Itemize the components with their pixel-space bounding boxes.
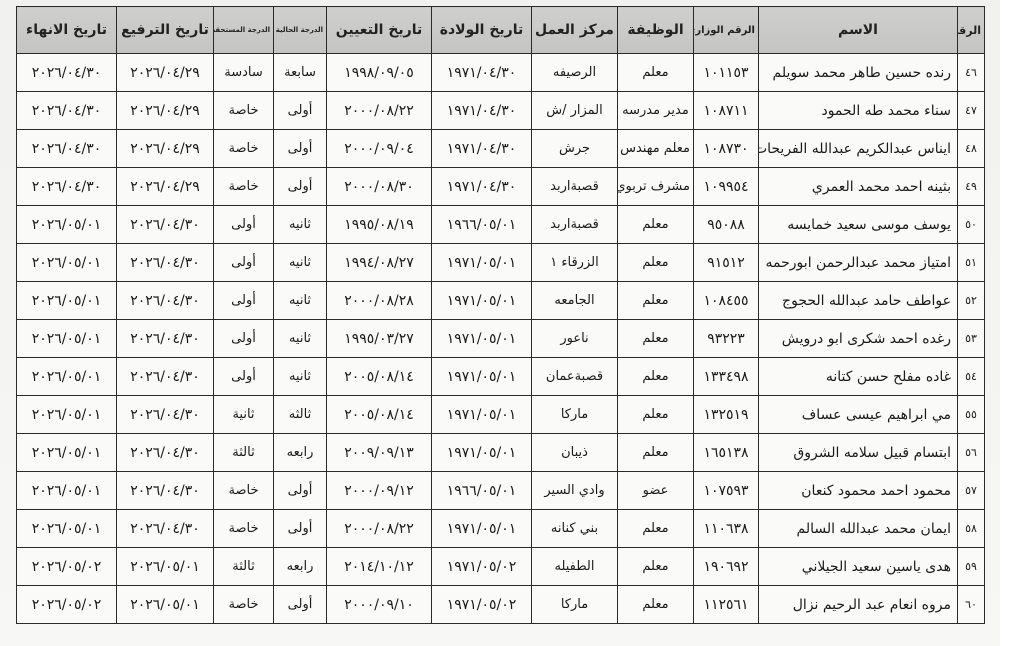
cell-name: امتياز محمد عبدالرحمن ابورحمه (759, 244, 958, 282)
col-header-promotion-date: تاريخ الترفيع (117, 7, 214, 54)
cell-job: معلم (618, 358, 694, 396)
cell-current-grade: ثانيه (274, 282, 327, 320)
cell-current-grade: ثانيه (274, 206, 327, 244)
cell-job: معلم (618, 244, 694, 282)
cell-appointment-date: ١٩٩٥/٠٣/٢٧ (327, 320, 432, 358)
cell-earned-grade: ثالثة (214, 434, 274, 472)
cell-appointment-date: ١٩٩٨/٠٩/٠٥ (327, 54, 432, 92)
cell-earned-grade: ثالثة (214, 548, 274, 586)
table-row: ٥٨ ايمان محمد عبدالله السالم ١١٠٦٣٨ معلم… (17, 510, 985, 548)
table-row: ٥١ امتياز محمد عبدالرحمن ابورحمه ٩١٥١٢ م… (17, 244, 985, 282)
table-row: ٦٠ مروه انعام عبد الرحيم نزال ١١٢٥٦١ معل… (17, 586, 985, 624)
cell-job: معلم (618, 396, 694, 434)
cell-appointment-date: ٢٠٠٠/٠٨/٢٢ (327, 510, 432, 548)
cell-end-date: ٢٠٢٦/٠٤/٣٠ (17, 54, 117, 92)
col-header-work-center: مركز العمل (532, 7, 618, 54)
cell-work-center: الجامعه (532, 282, 618, 320)
table-row: ٥٢ عواطف حامد عبدالله الحجوج ١٠٨٤٥٥ معلم… (17, 282, 985, 320)
cell-earned-grade: سادسة (214, 54, 274, 92)
cell-appointment-date: ٢٠٠٠/٠٩/١٢ (327, 472, 432, 510)
table-row: ٥٣ رغده احمد شكرى ابو درويش ٩٣٢٢٣ معلم ن… (17, 320, 985, 358)
col-header-ministry-id: الرقم الوزاري (694, 7, 759, 54)
cell-current-grade: أولى (274, 168, 327, 206)
header-row: الرقم الاسم الرقم الوزاري الوظيفة مركز ا… (17, 7, 985, 54)
cell-birth-date: ١٩٧١/٠٥/٠١ (432, 282, 532, 320)
table-row: ٥٩ هدى ياسين سعيد الجيلاني ١٩٠٦٩٢ معلم ا… (17, 548, 985, 586)
cell-job: معلم (618, 320, 694, 358)
cell-job: مشرف تربوي (618, 168, 694, 206)
cell-earned-grade: أولى (214, 206, 274, 244)
cell-name: هدى ياسين سعيد الجيلاني (759, 548, 958, 586)
cell-current-grade: رابعه (274, 434, 327, 472)
table-body: ٤٦ رنده حسين طاهر محمد سويلم ١٠١١٥٣ معلم… (17, 54, 985, 624)
cell-appointment-date: ٢٠٠٠/٠٨/٢٨ (327, 282, 432, 320)
cell-promotion-date: ٢٠٢٦/٠٥/٠١ (117, 586, 214, 624)
cell-earned-grade: خاصة (214, 472, 274, 510)
cell-ministry-id: ١٠٨٧٣٠ (694, 130, 759, 168)
col-header-index: الرقم (958, 7, 985, 54)
cell-index: ٥٠ (958, 206, 985, 244)
cell-work-center: الزرقاء ١ (532, 244, 618, 282)
cell-birth-date: ١٩٦٦/٠٥/٠١ (432, 472, 532, 510)
cell-current-grade: أولى (274, 586, 327, 624)
table-row: ٥٥ مي ابراهيم عيسى عساف ١٣٢٥١٩ معلم مارك… (17, 396, 985, 434)
col-header-appointment-date: تاريخ التعيين (327, 7, 432, 54)
cell-earned-grade: أولى (214, 282, 274, 320)
cell-current-grade: ثالثه (274, 396, 327, 434)
cell-end-date: ٢٠٢٦/٠٥/٠١ (17, 244, 117, 282)
cell-work-center: ماركا (532, 396, 618, 434)
cell-index: ٤٦ (958, 54, 985, 92)
cell-name: ايناس عبدالكريم عبدالله الفريحات (759, 130, 958, 168)
cell-ministry-id: ١٠١١٥٣ (694, 54, 759, 92)
cell-work-center: وادي السير (532, 472, 618, 510)
cell-job: معلم (618, 206, 694, 244)
cell-work-center: الرصيفه (532, 54, 618, 92)
cell-end-date: ٢٠٢٦/٠٥/٠١ (17, 396, 117, 434)
cell-appointment-date: ٢٠١٤/١٠/١٢ (327, 548, 432, 586)
cell-current-grade: أولى (274, 92, 327, 130)
cell-appointment-date: ٢٠٠٩/٠٩/١٣ (327, 434, 432, 472)
cell-ministry-id: ٩٣٢٢٣ (694, 320, 759, 358)
cell-end-date: ٢٠٢٦/٠٥/٠٢ (17, 548, 117, 586)
cell-end-date: ٢٠٢٦/٠٥/٠١ (17, 206, 117, 244)
cell-index: ٥٩ (958, 548, 985, 586)
cell-name: ايمان محمد عبدالله السالم (759, 510, 958, 548)
cell-earned-grade: أولى (214, 244, 274, 282)
cell-promotion-date: ٢٠٢٦/٠٤/٣٠ (117, 472, 214, 510)
cell-ministry-id: ١٣٢٥١٩ (694, 396, 759, 434)
cell-birth-date: ١٩٧١/٠٥/٠١ (432, 320, 532, 358)
cell-promotion-date: ٢٠٢٦/٠٤/٢٩ (117, 92, 214, 130)
cell-appointment-date: ٢٠٠٠/٠٨/٣٠ (327, 168, 432, 206)
table-row: ٤٦ رنده حسين طاهر محمد سويلم ١٠١١٥٣ معلم… (17, 54, 985, 92)
cell-birth-date: ١٩٧١/٠٤/٣٠ (432, 92, 532, 130)
table-header: الرقم الاسم الرقم الوزاري الوظيفة مركز ا… (17, 7, 985, 54)
cell-index: ٥٦ (958, 434, 985, 472)
cell-ministry-id: ١٠٩٩٥٤ (694, 168, 759, 206)
table-row: ٥٦ ابتسام قبيل سلامه الشروق ١٦٥١٣٨ معلم … (17, 434, 985, 472)
cell-earned-grade: خاصة (214, 510, 274, 548)
cell-name: مروه انعام عبد الرحيم نزال (759, 586, 958, 624)
cell-work-center: ناعور (532, 320, 618, 358)
cell-end-date: ٢٠٢٦/٠٥/٠١ (17, 472, 117, 510)
cell-current-grade: ثانيه (274, 244, 327, 282)
cell-end-date: ٢٠٢٦/٠٥/٠١ (17, 434, 117, 472)
cell-name: سناء محمد طه الحمود (759, 92, 958, 130)
cell-name: رنده حسين طاهر محمد سويلم (759, 54, 958, 92)
cell-appointment-date: ٢٠٠٠/٠٨/٢٢ (327, 92, 432, 130)
cell-name: يوسف موسى سعيد خمايسه (759, 206, 958, 244)
cell-earned-grade: أولى (214, 320, 274, 358)
cell-work-center: جرش (532, 130, 618, 168)
cell-promotion-date: ٢٠٢٦/٠٤/٣٠ (117, 358, 214, 396)
cell-promotion-date: ٢٠٢٦/٠٤/٣٠ (117, 510, 214, 548)
cell-index: ٤٧ (958, 92, 985, 130)
cell-promotion-date: ٢٠٢٦/٠٤/٣٠ (117, 396, 214, 434)
cell-birth-date: ١٩٧١/٠٥/٠١ (432, 244, 532, 282)
cell-job: معلم (618, 434, 694, 472)
table-row: ٤٨ ايناس عبدالكريم عبدالله الفريحات ١٠٨٧… (17, 130, 985, 168)
cell-appointment-date: ١٩٩٥/٠٨/١٩ (327, 206, 432, 244)
cell-name: غاده مفلح حسن كتانه (759, 358, 958, 396)
cell-birth-date: ١٩٧١/٠٥/٠٢ (432, 586, 532, 624)
cell-index: ٤٨ (958, 130, 985, 168)
cell-index: ٥٤ (958, 358, 985, 396)
cell-current-grade: ثانيه (274, 358, 327, 396)
cell-index: ٤٩ (958, 168, 985, 206)
cell-name: محمود احمد محمود كنعان (759, 472, 958, 510)
cell-name: ابتسام قبيل سلامه الشروق (759, 434, 958, 472)
cell-end-date: ٢٠٢٦/٠٥/٠٢ (17, 586, 117, 624)
cell-birth-date: ١٩٧١/٠٤/٣٠ (432, 130, 532, 168)
table-row: ٤٧ سناء محمد طه الحمود ١٠٨٧١١ مدير مدرسه… (17, 92, 985, 130)
cell-promotion-date: ٢٠٢٦/٠٥/٠١ (117, 548, 214, 586)
cell-birth-date: ١٩٧١/٠٤/٣٠ (432, 54, 532, 92)
cell-current-grade: رابعه (274, 548, 327, 586)
cell-index: ٥٧ (958, 472, 985, 510)
cell-ministry-id: ٩١٥١٢ (694, 244, 759, 282)
employee-roster-table: الرقم الاسم الرقم الوزاري الوظيفة مركز ا… (16, 6, 985, 624)
cell-current-grade: سابعة (274, 54, 327, 92)
cell-ministry-id: ١٦٥١٣٨ (694, 434, 759, 472)
cell-appointment-date: ٢٠٠٠/٠٩/١٠ (327, 586, 432, 624)
col-header-birth-date: تاريخ الولادة (432, 7, 532, 54)
cell-ministry-id: ١١٢٥٦١ (694, 586, 759, 624)
col-header-end-date: تاريخ الانهاء (17, 7, 117, 54)
cell-ministry-id: ٩٥٠٨٨ (694, 206, 759, 244)
cell-end-date: ٢٠٢٦/٠٤/٣٠ (17, 92, 117, 130)
table-row: ٤٩ بثينه احمد محمد العمري ١٠٩٩٥٤ مشرف تر… (17, 168, 985, 206)
cell-earned-grade: ثانية (214, 396, 274, 434)
cell-end-date: ٢٠٢٦/٠٤/٣٠ (17, 130, 117, 168)
col-header-job: الوظيفة (618, 7, 694, 54)
cell-index: ٦٠ (958, 586, 985, 624)
cell-work-center: قصبةعمان (532, 358, 618, 396)
cell-birth-date: ١٩٧١/٠٤/٣٠ (432, 168, 532, 206)
cell-current-grade: أولى (274, 510, 327, 548)
table-row: ٥٤ غاده مفلح حسن كتانه ١٣٣٤٩٨ معلم قصبةع… (17, 358, 985, 396)
cell-birth-date: ١٩٧١/٠٥/٠١ (432, 358, 532, 396)
cell-name: بثينه احمد محمد العمري (759, 168, 958, 206)
cell-earned-grade: خاصة (214, 168, 274, 206)
cell-end-date: ٢٠٢٦/٠٥/٠١ (17, 510, 117, 548)
cell-job: معلم (618, 54, 694, 92)
cell-promotion-date: ٢٠٢٦/٠٤/٢٩ (117, 168, 214, 206)
cell-job: معلم (618, 282, 694, 320)
cell-work-center: الطفيله (532, 548, 618, 586)
cell-name: عواطف حامد عبدالله الحجوج (759, 282, 958, 320)
cell-job: معلم (618, 548, 694, 586)
cell-earned-grade: أولى (214, 358, 274, 396)
cell-job: مدير مدرسه (618, 92, 694, 130)
cell-current-grade: أولى (274, 130, 327, 168)
col-header-current-grade: الدرجة الحالية (274, 7, 327, 54)
cell-birth-date: ١٩٧١/٠٥/٠٢ (432, 548, 532, 586)
cell-index: ٥٢ (958, 282, 985, 320)
cell-index: ٥١ (958, 244, 985, 282)
cell-current-grade: ثانيه (274, 320, 327, 358)
cell-birth-date: ١٩٦٦/٠٥/٠١ (432, 206, 532, 244)
cell-earned-grade: خاصة (214, 92, 274, 130)
cell-work-center: بني كنانه (532, 510, 618, 548)
cell-work-center: قصبةاربد (532, 206, 618, 244)
cell-ministry-id: ١٠٨٤٥٥ (694, 282, 759, 320)
cell-earned-grade: خاصة (214, 586, 274, 624)
cell-index: ٥٥ (958, 396, 985, 434)
cell-birth-date: ١٩٧١/٠٥/٠١ (432, 396, 532, 434)
scanned-document-page: الرقم الاسم الرقم الوزاري الوظيفة مركز ا… (0, 0, 1024, 646)
cell-appointment-date: ٢٠٠٥/٠٨/١٤ (327, 358, 432, 396)
cell-ministry-id: ١١٠٦٣٨ (694, 510, 759, 548)
cell-job: معلم (618, 586, 694, 624)
cell-name: رغده احمد شكرى ابو درويش (759, 320, 958, 358)
cell-promotion-date: ٢٠٢٦/٠٤/٣٠ (117, 244, 214, 282)
cell-appointment-date: ١٩٩٤/٠٨/٢٧ (327, 244, 432, 282)
cell-job: معلم (618, 510, 694, 548)
cell-work-center: ذيبان (532, 434, 618, 472)
cell-end-date: ٢٠٢٦/٠٥/٠١ (17, 358, 117, 396)
table-row: ٥٧ محمود احمد محمود كنعان ١٠٧٥٩٣ عضو واد… (17, 472, 985, 510)
cell-promotion-date: ٢٠٢٦/٠٤/٣٠ (117, 434, 214, 472)
cell-end-date: ٢٠٢٦/٠٥/٠١ (17, 320, 117, 358)
cell-appointment-date: ٢٠٠٥/٠٨/١٤ (327, 396, 432, 434)
cell-job: عضو (618, 472, 694, 510)
page-margin (1000, 0, 1024, 646)
cell-appointment-date: ٢٠٠٠/٠٩/٠٤ (327, 130, 432, 168)
cell-promotion-date: ٢٠٢٦/٠٤/٣٠ (117, 282, 214, 320)
cell-current-grade: أولى (274, 472, 327, 510)
col-header-earned-grade: الدرجة المستحقة (214, 7, 274, 54)
cell-work-center: المزار /ش (532, 92, 618, 130)
cell-promotion-date: ٢٠٢٦/٠٤/٣٠ (117, 206, 214, 244)
cell-ministry-id: ١٠٧٥٩٣ (694, 472, 759, 510)
cell-work-center: قصبةاربد (532, 168, 618, 206)
cell-name: مي ابراهيم عيسى عساف (759, 396, 958, 434)
cell-end-date: ٢٠٢٦/٠٤/٣٠ (17, 168, 117, 206)
cell-birth-date: ١٩٧١/٠٥/٠١ (432, 434, 532, 472)
col-header-name: الاسم (759, 7, 958, 54)
cell-end-date: ٢٠٢٦/٠٥/٠١ (17, 282, 117, 320)
table-row: ٥٠ يوسف موسى سعيد خمايسه ٩٥٠٨٨ معلم قصبة… (17, 206, 985, 244)
cell-index: ٥٨ (958, 510, 985, 548)
cell-ministry-id: ١٠٨٧١١ (694, 92, 759, 130)
cell-birth-date: ١٩٧١/٠٥/٠١ (432, 510, 532, 548)
cell-promotion-date: ٢٠٢٦/٠٤/٢٩ (117, 130, 214, 168)
cell-earned-grade: خاصة (214, 130, 274, 168)
cell-promotion-date: ٢٠٢٦/٠٤/٣٠ (117, 320, 214, 358)
cell-index: ٥٣ (958, 320, 985, 358)
cell-work-center: ماركا (532, 586, 618, 624)
cell-ministry-id: ١٣٣٤٩٨ (694, 358, 759, 396)
cell-job: معلم مهندس (618, 130, 694, 168)
cell-ministry-id: ١٩٠٦٩٢ (694, 548, 759, 586)
cell-promotion-date: ٢٠٢٦/٠٤/٢٩ (117, 54, 214, 92)
